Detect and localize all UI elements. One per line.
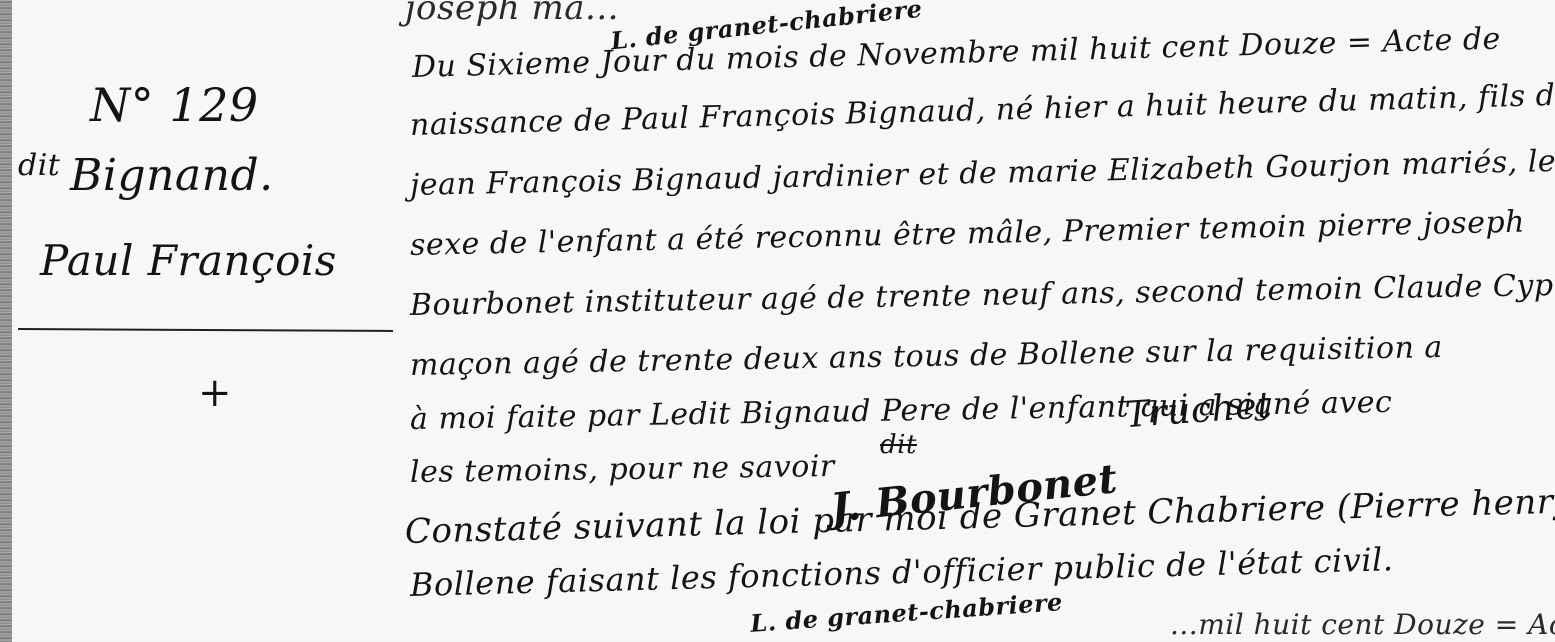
body-line-6: maçon agé de trente deux ans tous de Bol… (410, 330, 1443, 383)
mayor-annotation-bottom: L. de granet-chabriere (749, 587, 1063, 638)
struck-word: dit (880, 430, 917, 460)
margin-dit-label: dit (18, 148, 60, 183)
cross-mark-icon: + (198, 370, 232, 416)
entry-number: N° 129 (90, 78, 259, 132)
body-line-5: Bourbonet instituteur agé de trente neuf… (410, 265, 1555, 323)
body-line-3: jean François Bignaud jardinier et de ma… (410, 144, 1555, 203)
body-line-1: Du Sixieme Jour du mois de Novembre mil … (412, 21, 1502, 84)
margin-divider (18, 328, 393, 332)
body-line-2: naissance de Paul François Bignaud, né h… (410, 78, 1555, 143)
signature-truchet: Truchet (1124, 385, 1274, 436)
body-line-8: les temoins, pour ne savoir (410, 449, 835, 490)
page-binding-edge (0, 0, 12, 642)
closing-line-2: Bollene faisant les fonctions d'officier… (410, 540, 1394, 604)
margin-surname: Bignand. (70, 150, 274, 201)
margin-given-names: Paul François (40, 236, 337, 285)
document-page: joseph ma... N° 129 dit Bignand. Paul Fr… (0, 0, 1555, 642)
body-line-4: sexe de l'enfant a été reconnu être mâle… (410, 205, 1526, 263)
next-entry-fragment: ...mil huit cent Douze = Acte de (1170, 608, 1555, 641)
previous-entry-fragment: joseph ma... (405, 0, 619, 28)
